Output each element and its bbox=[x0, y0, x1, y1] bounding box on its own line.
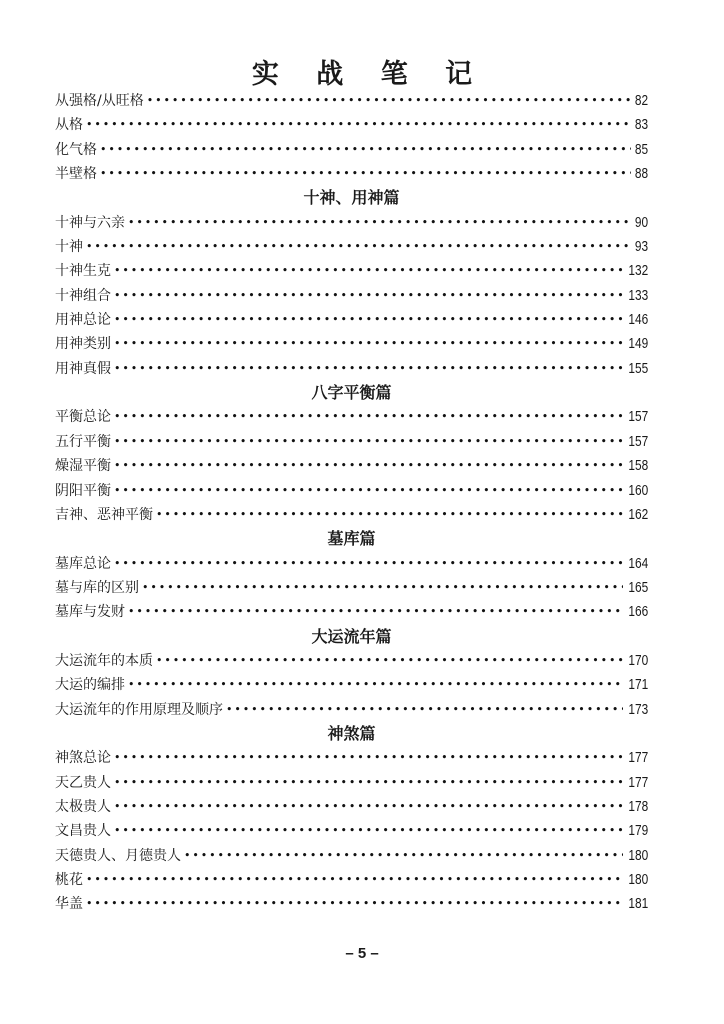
toc-entry-title: 文昌贵人 bbox=[55, 819, 114, 843]
toc-entry[interactable]: 五行平衡157 bbox=[55, 430, 648, 454]
dot-leader bbox=[128, 600, 623, 624]
page-number: – 5 – bbox=[0, 945, 724, 962]
toc-entry-page: 158 bbox=[627, 454, 648, 478]
dot-leader bbox=[114, 746, 623, 770]
dot-leader bbox=[114, 430, 623, 454]
toc-entry[interactable]: 半壁格88 bbox=[55, 162, 648, 186]
toc-entry[interactable]: 墓库总论164 bbox=[55, 552, 648, 576]
toc-entry[interactable]: 大运的编排171 bbox=[55, 673, 648, 697]
dot-leader bbox=[114, 284, 623, 308]
toc-entry[interactable]: 神煞总论177 bbox=[55, 746, 648, 770]
toc-entry-page: 93 bbox=[634, 235, 648, 259]
dot-leader bbox=[114, 454, 623, 478]
toc-entry-page: 164 bbox=[627, 552, 648, 576]
toc-entry-page: 180 bbox=[627, 844, 648, 868]
toc-entry-title: 化气格 bbox=[55, 138, 100, 162]
dot-leader bbox=[156, 503, 623, 527]
dot-leader bbox=[114, 819, 623, 843]
toc-entry-page: 177 bbox=[627, 771, 648, 795]
dot-leader bbox=[86, 868, 623, 892]
toc-entry[interactable]: 桃花180 bbox=[55, 868, 648, 892]
toc-entry-title: 用神真假 bbox=[55, 357, 114, 381]
toc-entry[interactable]: 太极贵人178 bbox=[55, 795, 648, 819]
toc-entry-page: 171 bbox=[627, 673, 648, 697]
dot-leader bbox=[86, 892, 623, 916]
toc-entry-title: 五行平衡 bbox=[55, 430, 114, 454]
toc-entry-page: 155 bbox=[627, 357, 648, 381]
toc-entry[interactable]: 十神与六亲90 bbox=[55, 211, 648, 235]
toc-entry-page: 146 bbox=[627, 308, 648, 332]
toc-entry[interactable]: 十神93 bbox=[55, 235, 648, 259]
dot-leader bbox=[226, 698, 623, 722]
toc-entry-page: 90 bbox=[634, 211, 648, 235]
section-heading: 墓库篇 bbox=[55, 527, 648, 551]
toc-entry-page: 179 bbox=[627, 819, 648, 843]
toc-entry-title: 大运流年的本质 bbox=[55, 649, 156, 673]
dot-leader bbox=[114, 405, 623, 429]
dot-leader bbox=[114, 332, 623, 356]
toc-entry-title: 墓库总论 bbox=[55, 552, 114, 576]
section-heading: 十神、用神篇 bbox=[55, 186, 648, 210]
toc-entry-page: 180 bbox=[627, 868, 648, 892]
dot-leader bbox=[128, 211, 631, 235]
toc-entry-page: 157 bbox=[627, 430, 648, 454]
toc-entry-page: 170 bbox=[627, 649, 648, 673]
toc-entry-page: 149 bbox=[627, 332, 648, 356]
toc-entry[interactable]: 十神生克132 bbox=[55, 259, 648, 283]
toc-entry[interactable]: 文昌贵人179 bbox=[55, 819, 648, 843]
toc-entry[interactable]: 用神类别149 bbox=[55, 332, 648, 356]
toc-entry[interactable]: 燥湿平衡158 bbox=[55, 454, 648, 478]
section-heading: 八字平衡篇 bbox=[55, 381, 648, 405]
toc-entry-page: 173 bbox=[627, 698, 648, 722]
toc-entry[interactable]: 用神真假155 bbox=[55, 357, 648, 381]
dot-leader bbox=[128, 673, 623, 697]
toc-entry[interactable]: 平衡总论157 bbox=[55, 405, 648, 429]
toc-entry-title: 大运的编排 bbox=[55, 673, 128, 697]
toc-entry-page: 85 bbox=[634, 138, 648, 162]
toc-entry-title: 天德贵人、月德贵人 bbox=[55, 844, 184, 868]
table-of-contents: 从强格/从旺格82从格83化气格85半壁格88十神、用神篇十神与六亲90十神93… bbox=[55, 89, 648, 917]
toc-entry-page: 166 bbox=[627, 600, 648, 624]
toc-entry[interactable]: 墓库与发财166 bbox=[55, 600, 648, 624]
toc-entry-title: 从强格/从旺格 bbox=[55, 89, 147, 113]
toc-entry[interactable]: 天乙贵人177 bbox=[55, 771, 648, 795]
toc-entry-title: 华盖 bbox=[55, 892, 86, 916]
toc-entry-title: 十神 bbox=[55, 235, 86, 259]
dot-leader bbox=[100, 138, 631, 162]
dot-leader bbox=[147, 89, 631, 113]
toc-entry[interactable]: 从格83 bbox=[55, 113, 648, 137]
toc-entry-title: 用神类别 bbox=[55, 332, 114, 356]
toc-entry[interactable]: 华盖181 bbox=[55, 892, 648, 916]
toc-entry-title: 平衡总论 bbox=[55, 405, 114, 429]
toc-entry-page: 133 bbox=[627, 284, 648, 308]
toc-entry-title: 吉神、恶神平衡 bbox=[55, 503, 156, 527]
toc-entry-title: 墓库与发财 bbox=[55, 600, 128, 624]
toc-entry-page: 178 bbox=[627, 795, 648, 819]
dot-leader bbox=[114, 795, 623, 819]
toc-entry-page: 162 bbox=[627, 503, 648, 527]
dot-leader bbox=[114, 552, 623, 576]
toc-entry[interactable]: 墓与库的区别165 bbox=[55, 576, 648, 600]
toc-entry-page: 88 bbox=[634, 162, 648, 186]
toc-entry-page: 181 bbox=[627, 892, 648, 916]
toc-entry-page: 157 bbox=[627, 405, 648, 429]
section-heading: 神煞篇 bbox=[55, 722, 648, 746]
toc-entry-title: 燥湿平衡 bbox=[55, 454, 114, 478]
section-heading: 大运流年篇 bbox=[55, 625, 648, 649]
toc-entry-title: 半壁格 bbox=[55, 162, 100, 186]
toc-entry[interactable]: 大运流年的本质170 bbox=[55, 649, 648, 673]
toc-entry-title: 太极贵人 bbox=[55, 795, 114, 819]
toc-entry-title: 十神生克 bbox=[55, 259, 114, 283]
dot-leader bbox=[156, 649, 623, 673]
toc-entry-title: 桃花 bbox=[55, 868, 86, 892]
toc-entry-page: 177 bbox=[627, 746, 648, 770]
dot-leader bbox=[100, 162, 631, 186]
dot-leader bbox=[114, 357, 623, 381]
toc-entry-page: 165 bbox=[627, 576, 648, 600]
toc-entry-title: 十神组合 bbox=[55, 284, 114, 308]
toc-entry[interactable]: 从强格/从旺格82 bbox=[55, 89, 648, 113]
toc-entry-title: 十神与六亲 bbox=[55, 211, 128, 235]
dot-leader bbox=[114, 259, 623, 283]
dot-leader bbox=[114, 771, 623, 795]
page-title: 实 战 笔 记 bbox=[0, 52, 724, 91]
dot-leader bbox=[184, 844, 623, 868]
toc-entry-page: 82 bbox=[634, 89, 648, 113]
toc-entry[interactable]: 吉神、恶神平衡162 bbox=[55, 503, 648, 527]
toc-entry-title: 从格 bbox=[55, 113, 86, 137]
dot-leader bbox=[86, 113, 631, 137]
toc-entry-title: 阴阳平衡 bbox=[55, 479, 114, 503]
toc-entry[interactable]: 大运流年的作用原理及顺序173 bbox=[55, 698, 648, 722]
dot-leader bbox=[114, 479, 623, 503]
toc-entry[interactable]: 天德贵人、月德贵人180 bbox=[55, 844, 648, 868]
dot-leader bbox=[86, 235, 631, 259]
toc-entry-title: 神煞总论 bbox=[55, 746, 114, 770]
toc-entry-title: 墓与库的区别 bbox=[55, 576, 142, 600]
toc-entry-page: 83 bbox=[634, 113, 648, 137]
toc-entry-title: 用神总论 bbox=[55, 308, 114, 332]
toc-entry[interactable]: 十神组合133 bbox=[55, 284, 648, 308]
toc-entry[interactable]: 用神总论146 bbox=[55, 308, 648, 332]
dot-leader bbox=[114, 308, 623, 332]
toc-entry-page: 132 bbox=[627, 259, 648, 283]
dot-leader bbox=[142, 576, 623, 600]
toc-entry-title: 天乙贵人 bbox=[55, 771, 114, 795]
toc-entry-page: 160 bbox=[627, 479, 648, 503]
toc-entry[interactable]: 阴阳平衡160 bbox=[55, 479, 648, 503]
toc-entry[interactable]: 化气格85 bbox=[55, 138, 648, 162]
toc-entry-title: 大运流年的作用原理及顺序 bbox=[55, 698, 226, 722]
